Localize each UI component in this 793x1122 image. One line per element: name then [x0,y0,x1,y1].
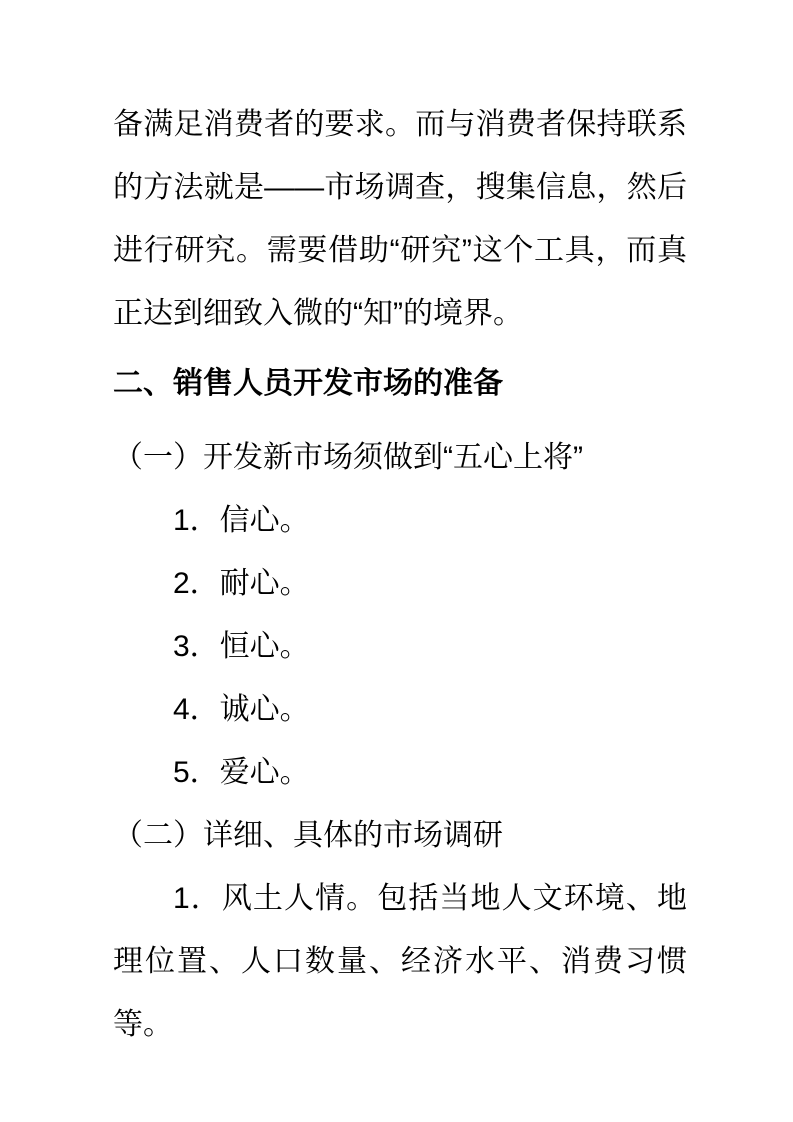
subsection-heading-1: （一）开发新市场须做到“五心上将” [113,426,687,489]
section-heading: 二、销售人员开发市场的准备 [113,352,687,415]
numbered-list: 1．信心。 2．耐心。 3．恒心。 4．诚心。 5．爱心。 [113,489,687,804]
body-paragraph-2: 1．风土人情。包括当地人文环境、地理位置、人口数量、经济水平、消费习惯等。 [113,867,687,1056]
list-item: 4．诚心。 [113,678,687,741]
list-item: 3．恒心。 [113,615,687,678]
list-item: 2．耐心。 [113,552,687,615]
list-item: 5．爱心。 [113,741,687,804]
list-item: 1．信心。 [113,489,687,552]
body-paragraph-1: 备满足消费者的要求。而与消费者保持联系的方法就是——市场调查，搜集信息，然后进行… [113,93,687,345]
subsection-heading-2: （二）详细、具体的市场调研 [113,804,687,867]
document-page: 备满足消费者的要求。而与消费者保持联系的方法就是——市场调查，搜集信息，然后进行… [0,0,793,1122]
